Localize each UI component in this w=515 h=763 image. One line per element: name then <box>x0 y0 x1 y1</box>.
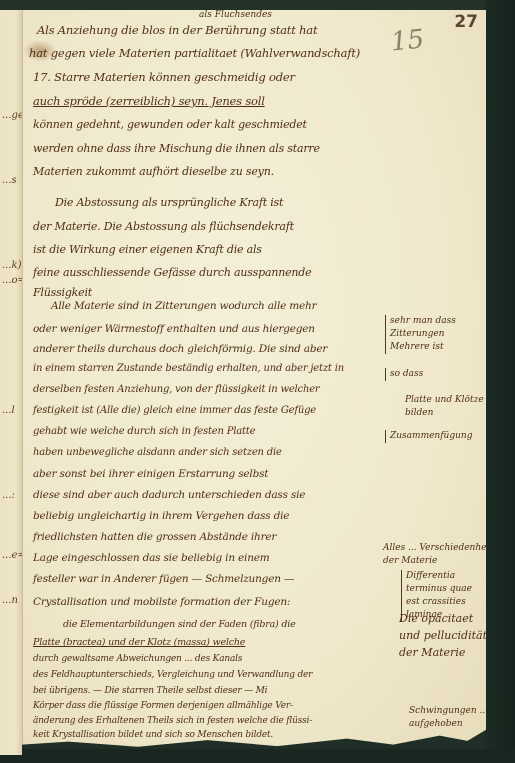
text-line: aber sonst bei ihrer einigen Erstarrung … <box>33 468 268 480</box>
previous-page-edge: ...ge ...s ...k) ...o= ...l ...: ...e= .… <box>0 10 22 755</box>
margin-note: so dass <box>385 368 480 381</box>
text-line-with-strikeout: gehabt wie welche durch sich in festen P… <box>33 426 255 437</box>
text-line: ist die Wirkung einer eigenen Kraft die … <box>33 243 262 256</box>
manuscript-page: 27 15 als Fluchsendes Als Anziehung die … <box>22 10 486 752</box>
text-line: Platte (bractea) und der Klotz (massa) w… <box>33 637 245 648</box>
margin-note: Platte und Klötze bilden <box>401 394 495 420</box>
prev-page-fragment: ...s <box>2 175 17 187</box>
text-line: friedlichsten hatten die grossen Abständ… <box>33 531 276 543</box>
text-line: Crystallisation und mobilste formation d… <box>33 596 290 608</box>
margin-note: Die opacitaet und pellucidität der Mater… <box>395 610 489 661</box>
text-line: Lage eingeschlossen das sie beliebig in … <box>33 552 270 564</box>
prev-page-fragment: ...: <box>2 490 15 502</box>
text-line: Körper dass die flüssige Formen derjenig… <box>33 701 293 711</box>
text-line: festeller war in Anderer fügen — Schmelz… <box>33 573 294 585</box>
text-line: 17. Starre Materien können geschmeidig o… <box>33 70 295 84</box>
scan-frame-bottom <box>0 749 515 763</box>
scan-frame-top <box>0 0 515 10</box>
text-line: der Materie. Die Abstossung als flüchsen… <box>33 220 294 233</box>
text-line: beliebig ungleichartig in ihrem Vergehen… <box>33 510 289 522</box>
text-line: die Elementarbildungen sind der Faden (f… <box>63 619 296 630</box>
text-line: Alle Materie sind in Zitterungen wodurch… <box>51 300 316 312</box>
margin-note: sehr man dass Zitterungen Mehrere ist <box>385 315 486 354</box>
text-line: werden ohne dass ihre Mischung die ihnen… <box>33 142 320 155</box>
margin-note: Schwingungen ... aufgehoben <box>405 705 489 731</box>
scan-frame-right <box>485 0 515 763</box>
text-line: feine ausschliessende Gefässe durch auss… <box>33 266 311 279</box>
text-line-with-strikeout: haben unbewegliche alsdann ander sich se… <box>33 447 282 458</box>
interlinear-insertion: als Fluchsendes <box>199 10 272 20</box>
text-line: änderung des Erhaltenen Theils sich in f… <box>33 716 312 726</box>
text-line: keit Krystallisation bildet und sich so … <box>33 730 273 740</box>
text-line: bei übrigens. — Die starren Theile selbs… <box>33 686 267 696</box>
margin-note: Zusammenfügung <box>385 430 480 443</box>
text-line-with-strikeout: festigkeit ist (Alle die) gleich eine im… <box>33 405 316 416</box>
text-line: Flüssigkeit <box>33 286 92 299</box>
text-line: des Feldhauptunterschieds, Vergleichung … <box>33 670 312 680</box>
text-line: oder weniger Wärmestoff enthalten und au… <box>33 323 315 335</box>
text-line: auch spröde (zerreiblich) seyn. Jenes so… <box>33 94 265 108</box>
prev-page-fragment: ...ge <box>2 110 24 122</box>
prev-page-fragment: ...l <box>2 405 15 417</box>
text-line: diese sind aber auch dadurch unterschied… <box>33 489 305 501</box>
margin-note: Alles ... Verschiedenheit der Materie <box>379 542 493 568</box>
text-line: in einem starren Zustande beständig erha… <box>33 363 344 374</box>
text-line: anderer theils durchaus doch gleichförmi… <box>33 343 327 355</box>
prev-page-fragment: ...k) <box>2 260 22 272</box>
folio-number: 27 <box>454 12 478 32</box>
prev-page-fragment: ...n <box>2 595 18 607</box>
old-folio-number: 15 <box>389 24 425 57</box>
text-line: können gedehnt, gewunden oder kalt gesch… <box>33 118 307 131</box>
text-line: hat gegen viele Materien partialitaet (W… <box>29 46 360 60</box>
text-line: Als Anziehung die blos in der Berührung … <box>37 23 317 37</box>
text-line: derselben festen Anziehung, von der flüs… <box>33 384 320 395</box>
text-line: durch gewaltsame Abweichungen ... des Ka… <box>33 654 242 664</box>
text-line: Die Abstossung als ursprüngliche Kraft i… <box>55 196 283 209</box>
text-line: Materien zukommt aufhört dieselbe zu sey… <box>33 165 274 178</box>
